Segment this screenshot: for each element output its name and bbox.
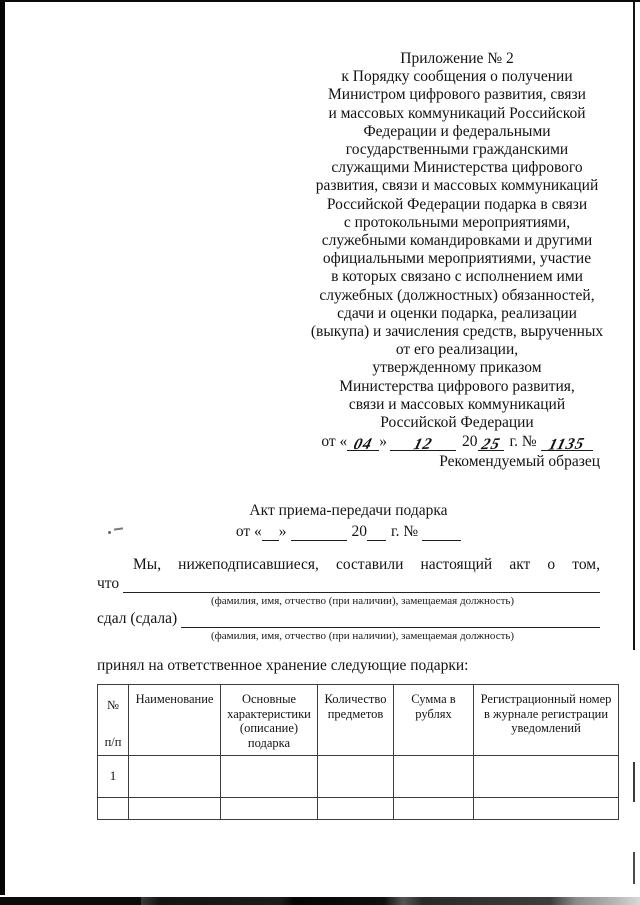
act-number-blank-field — [422, 527, 461, 541]
order-date-prefix: от « — [321, 433, 347, 451]
table-cell — [221, 756, 318, 798]
header-sum: Сумма в рублях — [394, 685, 474, 756]
handwritten-month: 12 — [412, 437, 434, 453]
fio-caption: (фамилия, имя, отчество (при наличии), з… — [97, 595, 600, 607]
appendix-line: служебными командировками и другими — [296, 232, 618, 250]
order-month-blank: 12 — [390, 435, 456, 451]
appendix-line: связи и массовых коммуникаций — [296, 396, 618, 414]
order-number-label: г. № — [510, 433, 537, 451]
gifts-table: № п/п Наименование Основные характеристи… — [97, 684, 619, 820]
appendix-line: государственными гражданскими — [296, 141, 618, 159]
order-number-blank: 1135 — [541, 435, 593, 451]
act-blank-date-line: от «»20г. № — [97, 523, 600, 541]
scan-edge-right-line — [633, 2, 635, 892]
fio-caption: (фамилия, имя, отчество (при наличии), з… — [97, 630, 600, 642]
act-year-prefix: 20 — [352, 523, 368, 541]
appendix-line: (выкупа) и зачисления средств, вырученны… — [296, 323, 618, 341]
table-cell — [474, 756, 619, 798]
appendix-header-block: Приложение № 2 к Порядку сообщения о пол… — [296, 50, 618, 451]
appendix-line: к Порядку сообщения о получении — [296, 68, 618, 86]
appendix-line: и массовых коммуникаций Российской — [296, 105, 618, 123]
appendix-line: Российской Федерации подарка в связи — [296, 196, 618, 214]
order-year-prefix: 20 — [462, 433, 478, 451]
act-body: Мы, нижеподписавшиеся, составили настоящ… — [97, 556, 600, 675]
appendix-line: сдачи и оценки подарка, реализации — [296, 305, 618, 323]
appendix-line: Федерации и федеральными — [296, 123, 618, 141]
appendix-line: официальными мероприятиями, участие — [296, 250, 618, 268]
gifts-table-row: 1 — [98, 756, 619, 798]
act-title-block: Акт приема-передачи подарка от «»20г. № — [97, 502, 600, 541]
row-number-cell — [98, 798, 129, 820]
handwritten-year: 25 — [480, 437, 502, 453]
act-day-blank-field — [262, 527, 279, 541]
appendix-line: служебных (должностных) обязанностей, — [296, 287, 618, 305]
table-cell — [129, 798, 221, 820]
accepted-line: принял на ответственное хранение следующ… — [97, 657, 600, 675]
appendix-line: Министром цифрового развития, связи — [296, 86, 618, 104]
header-no: № п/п — [98, 685, 129, 756]
act-date-close-quote: » — [279, 523, 287, 541]
appendix-line: Российской Федерации — [296, 414, 618, 432]
order-year-blank: 25 — [478, 435, 504, 451]
order-date-close-quote: » — [379, 433, 387, 451]
header-name: Наименование — [129, 685, 221, 756]
order-date-line: от «04»122025г. №1135 — [296, 433, 618, 451]
chto-label: что — [97, 575, 119, 593]
giver-name-blank-field — [123, 577, 600, 593]
appendix-line: Министерства цифрового развития, — [296, 378, 618, 396]
table-cell — [221, 798, 318, 820]
table-cell — [474, 798, 619, 820]
act-month-blank-field — [291, 527, 347, 541]
appendix-line: Приложение № 2 — [296, 50, 618, 68]
act-number-label: г. № — [391, 523, 418, 541]
table-cell — [129, 756, 221, 798]
table-cell — [318, 756, 394, 798]
table-cell — [318, 798, 394, 820]
table-cell — [394, 756, 474, 798]
scan-edge-bottom-bar — [0, 897, 640, 905]
giver-name-row: что — [97, 575, 600, 593]
handwritten-day: 04 — [352, 437, 374, 453]
scan-edge-top-line — [0, 0, 640, 2]
appendix-line: в которых связано с исполнением ими — [296, 268, 618, 286]
appendix-line: утвержденному приказом — [296, 359, 618, 377]
act-title: Акт приема-передачи подарка — [97, 502, 600, 520]
header-reg-number: Регистрационный номер в журнале регистра… — [474, 685, 619, 756]
order-day-blank: 04 — [347, 435, 379, 451]
act-date-prefix: от « — [236, 523, 262, 541]
appendix-line: с протокольными мероприятиями, — [296, 214, 618, 232]
gifts-table-row — [98, 798, 619, 820]
appendix-line: от его реализации, — [296, 341, 618, 359]
handwritten-number: 1135 — [547, 437, 586, 453]
row-number-cell: 1 — [98, 756, 129, 798]
appendix-line: служащими Министерства цифрового — [296, 159, 618, 177]
receiver-name-row: сдал (сдала) — [97, 610, 600, 628]
header-no-bottom: п/п — [101, 735, 125, 750]
act-year-blank-field — [367, 527, 386, 541]
appendix-line: развития, связи и массовых коммуникаций — [296, 177, 618, 195]
header-characteristics: Основные характеристики (описание) подар… — [221, 685, 318, 756]
header-no-top: № — [101, 698, 125, 713]
recommended-sample-label: Рекомендуемый образец — [0, 453, 600, 471]
receiver-name-blank-field — [181, 612, 600, 628]
table-cell — [394, 798, 474, 820]
header-quantity: Количество предметов — [318, 685, 394, 756]
gifts-table-header-row: № п/п Наименование Основные характеристи… — [98, 685, 619, 756]
sdal-label: сдал (сдала) — [97, 610, 177, 628]
act-opening-sentence: Мы, нижеподписавшиеся, составили настоящ… — [97, 556, 600, 574]
